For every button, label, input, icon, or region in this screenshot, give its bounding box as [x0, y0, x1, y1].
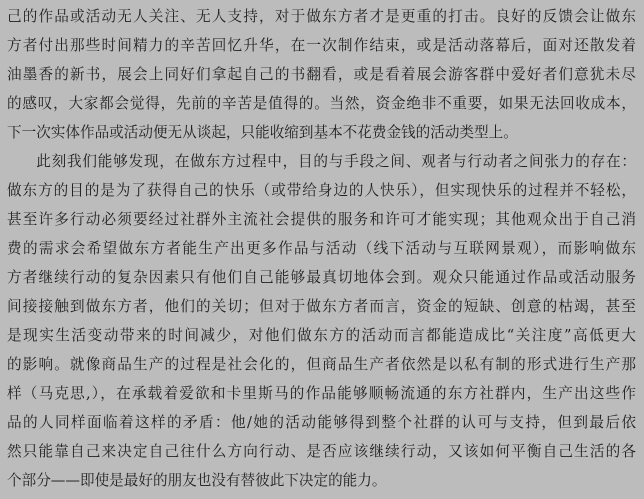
text-line: 的感叹，大家都会觉得，先前的辛苦是值得的。当然，资金绝非不重要，如果无法回收成本… [7, 89, 636, 118]
text-line: 品的人同样面临着这样的矛盾：他/她的活动能够得到整个社群的认可与支持，但到最后依 [7, 408, 636, 437]
text-line: 间接接触到做东方者，他们的关切；但对于做东方者而言，资金的短缺、创意的枯竭，甚至 [7, 292, 636, 321]
text-line: 是现实生活变动带来的时间减少，对他们做东方的活动而言都能造成比“关注度”高低更大 [7, 321, 636, 350]
paragraph: 此刻我们能够发现，在做东方过程中，目的与手段之间、观者与行动者之间张力的存在： … [7, 147, 636, 495]
text-page-content: 己的作品或活动无人关注、无人支持，对于做东方者才是更重的打击。良好的反馈会让做东… [0, 0, 644, 499]
text-line: 样（马克思,），在承载着爱欲和卡里斯马的作品能够顺畅流通的东方社群内，生产出这些… [7, 379, 636, 408]
text-line: 己的作品或活动无人关注、无人支持，对于做东方者才是更重的打击。良好的反馈会让做东 [7, 2, 636, 31]
text-line: 方者付出那些时间精力的辛苦回忆升华，在一次制作结束，或是活动落幕后，面对还散发着 [7, 31, 636, 60]
text-line: 油墨香的新书，展会上同好们拿起自己的书翻看，或是看着展会游客群中爱好者们意犹未尽 [7, 60, 636, 89]
text-line: 下一次实体作品或活动便无从谈起，只能收缩到基本不花费金钱的活动类型上。 [7, 118, 636, 147]
text-line: 的影响。就像商品生产的过程是社会化的，但商品生产者依然是以私有制的形式进行生产那 [7, 350, 636, 379]
text-line: 方者继续行动的复杂因素只有他们自己能够最真切地体会到。观众只能通过作品或活动服务 [7, 263, 636, 292]
text-line: 个部分——即使是最好的朋友也没有替彼此下决定的能力。 [7, 466, 636, 495]
text-line: 然只能靠自己来决定自己往什么方向行动、是否应该继续行动，又该如何平衡自己生活的各 [7, 437, 636, 466]
text-line: 此刻我们能够发现，在做东方过程中，目的与手段之间、观者与行动者之间张力的存在： [7, 147, 636, 176]
document-page: { "page": { "background_color": "#bcbcbc… [0, 0, 644, 499]
text-line: 做东方的目的是为了获得自己的快乐（或带给身边的人快乐），但实现快乐的过程并不轻松… [7, 176, 636, 205]
paragraph: 己的作品或活动无人关注、无人支持，对于做东方者才是更重的打击。良好的反馈会让做东… [7, 2, 636, 147]
text-line: 费的需求会希望做东方者能生产出更多作品与活动（线下活动与互联网景观），而影响做东 [7, 234, 636, 263]
text-line: 甚至许多行动必须要经过社群外主流社会提供的服务和许可才能实现；其他观众出于自己消 [7, 205, 636, 234]
